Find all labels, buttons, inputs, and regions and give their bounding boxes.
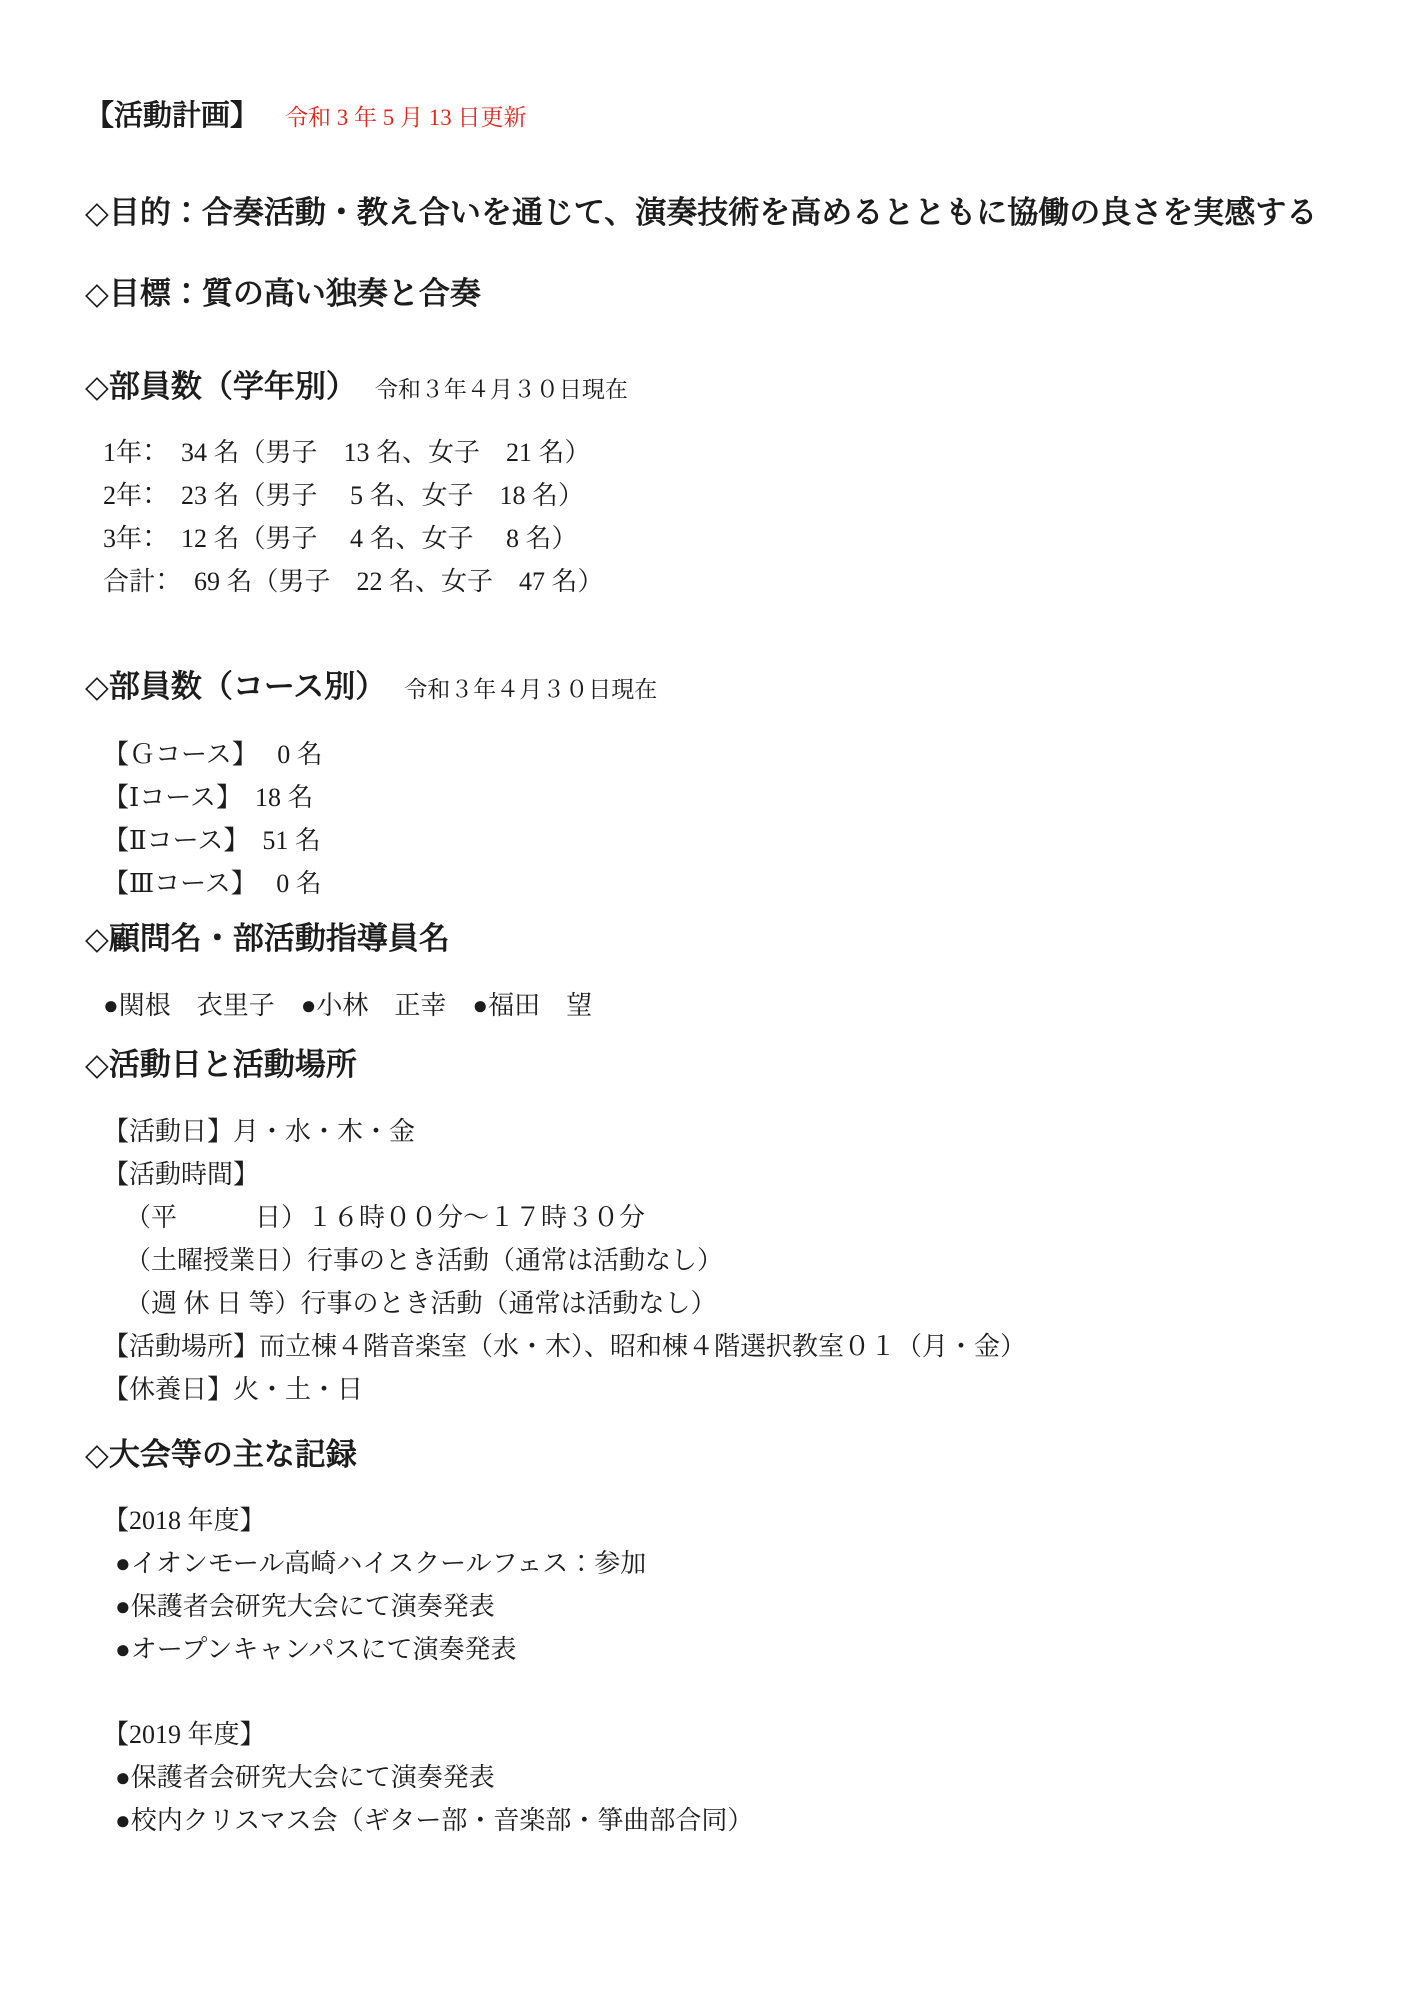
members-by-grade-heading-row: ◇部員数（学年別） 令和３年４月３０日現在 bbox=[85, 365, 1374, 409]
grade-row-total: 合計： 69 名（男子 22 名、女子 47 名） bbox=[85, 560, 1374, 603]
course-row-3: 【Ⅲコース】 0 名 bbox=[85, 862, 1374, 905]
records-list-2018: ●イオンモール高崎ハイスクールフェス：参加 ●保護者会研究大会にて演奏発表 ●オ… bbox=[85, 1542, 1374, 1671]
advisor-names: ●関根 衣里子 ●小林 正幸 ●福田 望 bbox=[85, 984, 1374, 1027]
schedule-line-activity-hours: 【活動時間】 bbox=[85, 1153, 1374, 1196]
record-item: ●オープンキャンパスにて演奏発表 bbox=[85, 1628, 1374, 1671]
grade-row-2: 2年： 23 名（男子 5 名、女子 18 名） bbox=[85, 474, 1374, 517]
purpose-heading: ◇目的：合奏活動・教え合いを通じて、演奏技術を高めるとともに協働の良さを実感する bbox=[85, 191, 1374, 235]
schedule-line-activity-days: 【活動日】月・水・木・金 bbox=[85, 1110, 1374, 1153]
grade-row-3: 3年： 12 名（男子 4 名、女子 8 名） bbox=[85, 517, 1374, 560]
updated-date: 令和 3 年 5 月 13 日更新 bbox=[285, 98, 527, 138]
members-by-course-heading-row: ◇部員数（コース別） 令和３年４月３０日現在 bbox=[85, 665, 1374, 709]
schedule-line-location: 【活動場所】而立棟４階音楽室（水・木）、昭和棟４階選択教室０１（月・金） bbox=[85, 1325, 1374, 1368]
record-item: ●校内クリスマス会（ギター部・音楽部・箏曲部合同） bbox=[85, 1799, 1374, 1842]
members-by-course-asof-date: 令和３年４月３０日現在 bbox=[404, 671, 657, 704]
schedule-line-weekday: （平 日）１６時００分～１７時３０分 bbox=[85, 1196, 1374, 1239]
record-item: ●イオンモール高崎ハイスクールフェス：参加 bbox=[85, 1542, 1374, 1585]
year-label-2019: 【2019 年度】 bbox=[85, 1713, 1374, 1756]
schedule-line-holiday: （週 休 日 等）行事のとき活動（通常は活動なし） bbox=[85, 1282, 1374, 1325]
schedule-line-rest-days: 【休養日】火・土・日 bbox=[85, 1368, 1374, 1411]
members-by-course-heading: ◇部員数（コース別） bbox=[85, 665, 386, 709]
records-list-2019: ●保護者会研究大会にて演奏発表 ●校内クリスマス会（ギター部・音楽部・箏曲部合同… bbox=[85, 1756, 1374, 1842]
records-heading: ◇大会等の主な記録 bbox=[85, 1433, 1374, 1477]
doc-title: 【活動計画】 bbox=[85, 96, 259, 136]
goal-heading: ◇目標：質の高い独奏と合奏 bbox=[85, 272, 1374, 316]
members-by-grade-list: 1年： 34 名（男子 13 名、女子 21 名） 2年： 23 名（男子 5 … bbox=[85, 431, 1374, 603]
members-by-course-list: 【Ｇコース】 0 名 【Ⅰコース】 18 名 【Ⅱコース】 51 名 【Ⅲコース… bbox=[85, 733, 1374, 905]
year-label-2018: 【2018 年度】 bbox=[85, 1499, 1374, 1542]
advisors-heading: ◇顧問名・部活動指導員名 bbox=[85, 917, 1374, 961]
members-by-grade-asof-date: 令和３年４月３０日現在 bbox=[375, 371, 628, 404]
record-item: ●保護者会研究大会にて演奏発表 bbox=[85, 1756, 1374, 1799]
course-row-g: 【Ｇコース】 0 名 bbox=[85, 733, 1374, 776]
grade-row-1: 1年： 34 名（男子 13 名、女子 21 名） bbox=[85, 431, 1374, 474]
document-page: 【活動計画】 令和 3 年 5 月 13 日更新 ◇目的：合奏活動・教え合いを通… bbox=[0, 0, 1414, 2000]
doc-header: 【活動計画】 令和 3 年 5 月 13 日更新 bbox=[85, 96, 1374, 138]
course-row-2: 【Ⅱコース】 51 名 bbox=[85, 819, 1374, 862]
record-item: ●保護者会研究大会にて演奏発表 bbox=[85, 1585, 1374, 1628]
schedule-heading: ◇活動日と活動場所 bbox=[85, 1043, 1374, 1087]
schedule-line-saturday: （土曜授業日）行事のとき活動（通常は活動なし） bbox=[85, 1239, 1374, 1282]
schedule-list: 【活動日】月・水・木・金 【活動時間】 （平 日）１６時００分～１７時３０分 （… bbox=[85, 1110, 1374, 1411]
course-row-1: 【Ⅰコース】 18 名 bbox=[85, 776, 1374, 819]
members-by-grade-heading: ◇部員数（学年別） bbox=[85, 365, 357, 409]
